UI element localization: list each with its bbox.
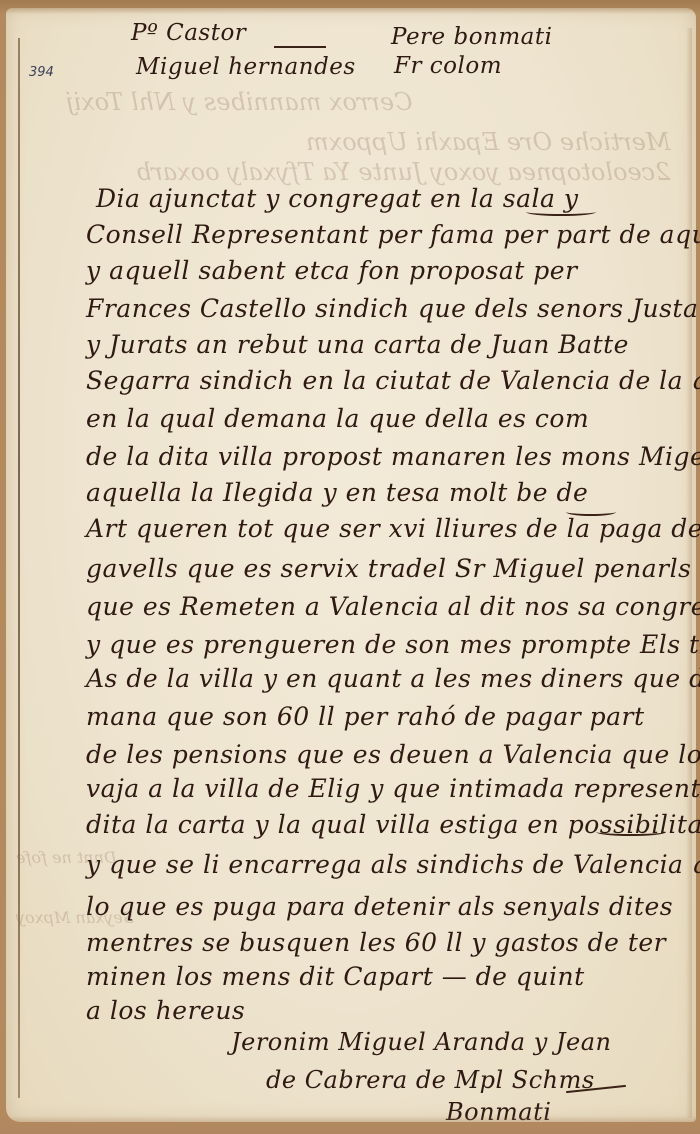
line-flourish bbox=[526, 208, 596, 216]
manuscript-line: vaja a la villa de Elig y que intimada r… bbox=[86, 774, 700, 803]
manuscript-line: Segarra sindich en la ciutat de Valencia… bbox=[86, 366, 700, 395]
header-name: Pere bonmati bbox=[391, 24, 552, 50]
folio-number: 394 bbox=[29, 65, 54, 80]
manuscript-line: Dia ajunctat y congregat en la sala y bbox=[96, 184, 578, 213]
manuscript-line: a los hereus bbox=[86, 996, 245, 1025]
line-flourish bbox=[566, 508, 616, 516]
signature: Jeronim Miguel Aranda y Jean bbox=[231, 1028, 612, 1056]
manuscript-line: que es Remeten a Valencia al dit nos sa … bbox=[86, 592, 700, 621]
manuscript-line: minen los mens dit Capart — de quint bbox=[86, 962, 585, 991]
header-name: Miguel hernandes bbox=[136, 54, 356, 80]
bleed-through-text: Mertiche Ore Epaxhi Uppoxm bbox=[306, 128, 670, 156]
manuscript-line: de les pensions que es deuen a Valencia … bbox=[86, 740, 700, 769]
manuscript-line: As de la villa y en quant a les mes dine… bbox=[86, 664, 700, 693]
manuscript-page: Cerrox mannibes y Nhl Toxij Mertiche Ore… bbox=[6, 8, 696, 1122]
manuscript-line: y Jurats an rebut una carta de Juan Batt… bbox=[86, 330, 629, 359]
page-stain bbox=[0, 0, 700, 14]
manuscript-line: mana que son 60 ll per rahó de pagar par… bbox=[86, 702, 645, 731]
manuscript-line: lo que es puga para detenir als senyals … bbox=[86, 892, 673, 921]
line-flourish bbox=[596, 828, 666, 836]
manuscript-line: y que es prengueren de son mes prompte E… bbox=[86, 630, 700, 659]
manuscript-line: gavells que es servix tradel Sr Miguel p… bbox=[86, 554, 691, 583]
dash-flourish bbox=[274, 46, 326, 48]
manuscript-line: Art queren tot que ser xvi lliures de la… bbox=[86, 514, 700, 543]
header-name: Fr colom bbox=[394, 53, 502, 79]
bleed-through-text: 2ceolotopnea yoxoy Junte Ya Tfyxaly ooxa… bbox=[136, 158, 670, 186]
manuscript-line: mentres se busquen les 60 ll y gastos de… bbox=[86, 928, 666, 957]
manuscript-line: Frances Castello sindich que dels senors… bbox=[86, 294, 698, 323]
bleed-through-text: Cerrox mannibes y Nhl Toxij bbox=[66, 88, 413, 116]
manuscript-line: aquella la Ilegida y en tesa molt be de bbox=[86, 478, 588, 507]
manuscript-line: y que se li encarrega als sindichs de Va… bbox=[86, 850, 700, 879]
page-stain bbox=[0, 1116, 700, 1134]
binding-edge bbox=[18, 38, 20, 1098]
header-name: Pº Castor bbox=[131, 20, 246, 46]
manuscript-line: y aquell sabent etca fon proposat per bbox=[86, 256, 578, 285]
manuscript-line: en la qual demana la que della es com bbox=[86, 404, 589, 433]
signature: de Cabrera de Mpl Schms bbox=[266, 1066, 595, 1094]
manuscript-line: Consell Representant per fama per part d… bbox=[86, 220, 700, 249]
manuscript-line: de la dita villa propost manaren les mon… bbox=[86, 442, 700, 471]
